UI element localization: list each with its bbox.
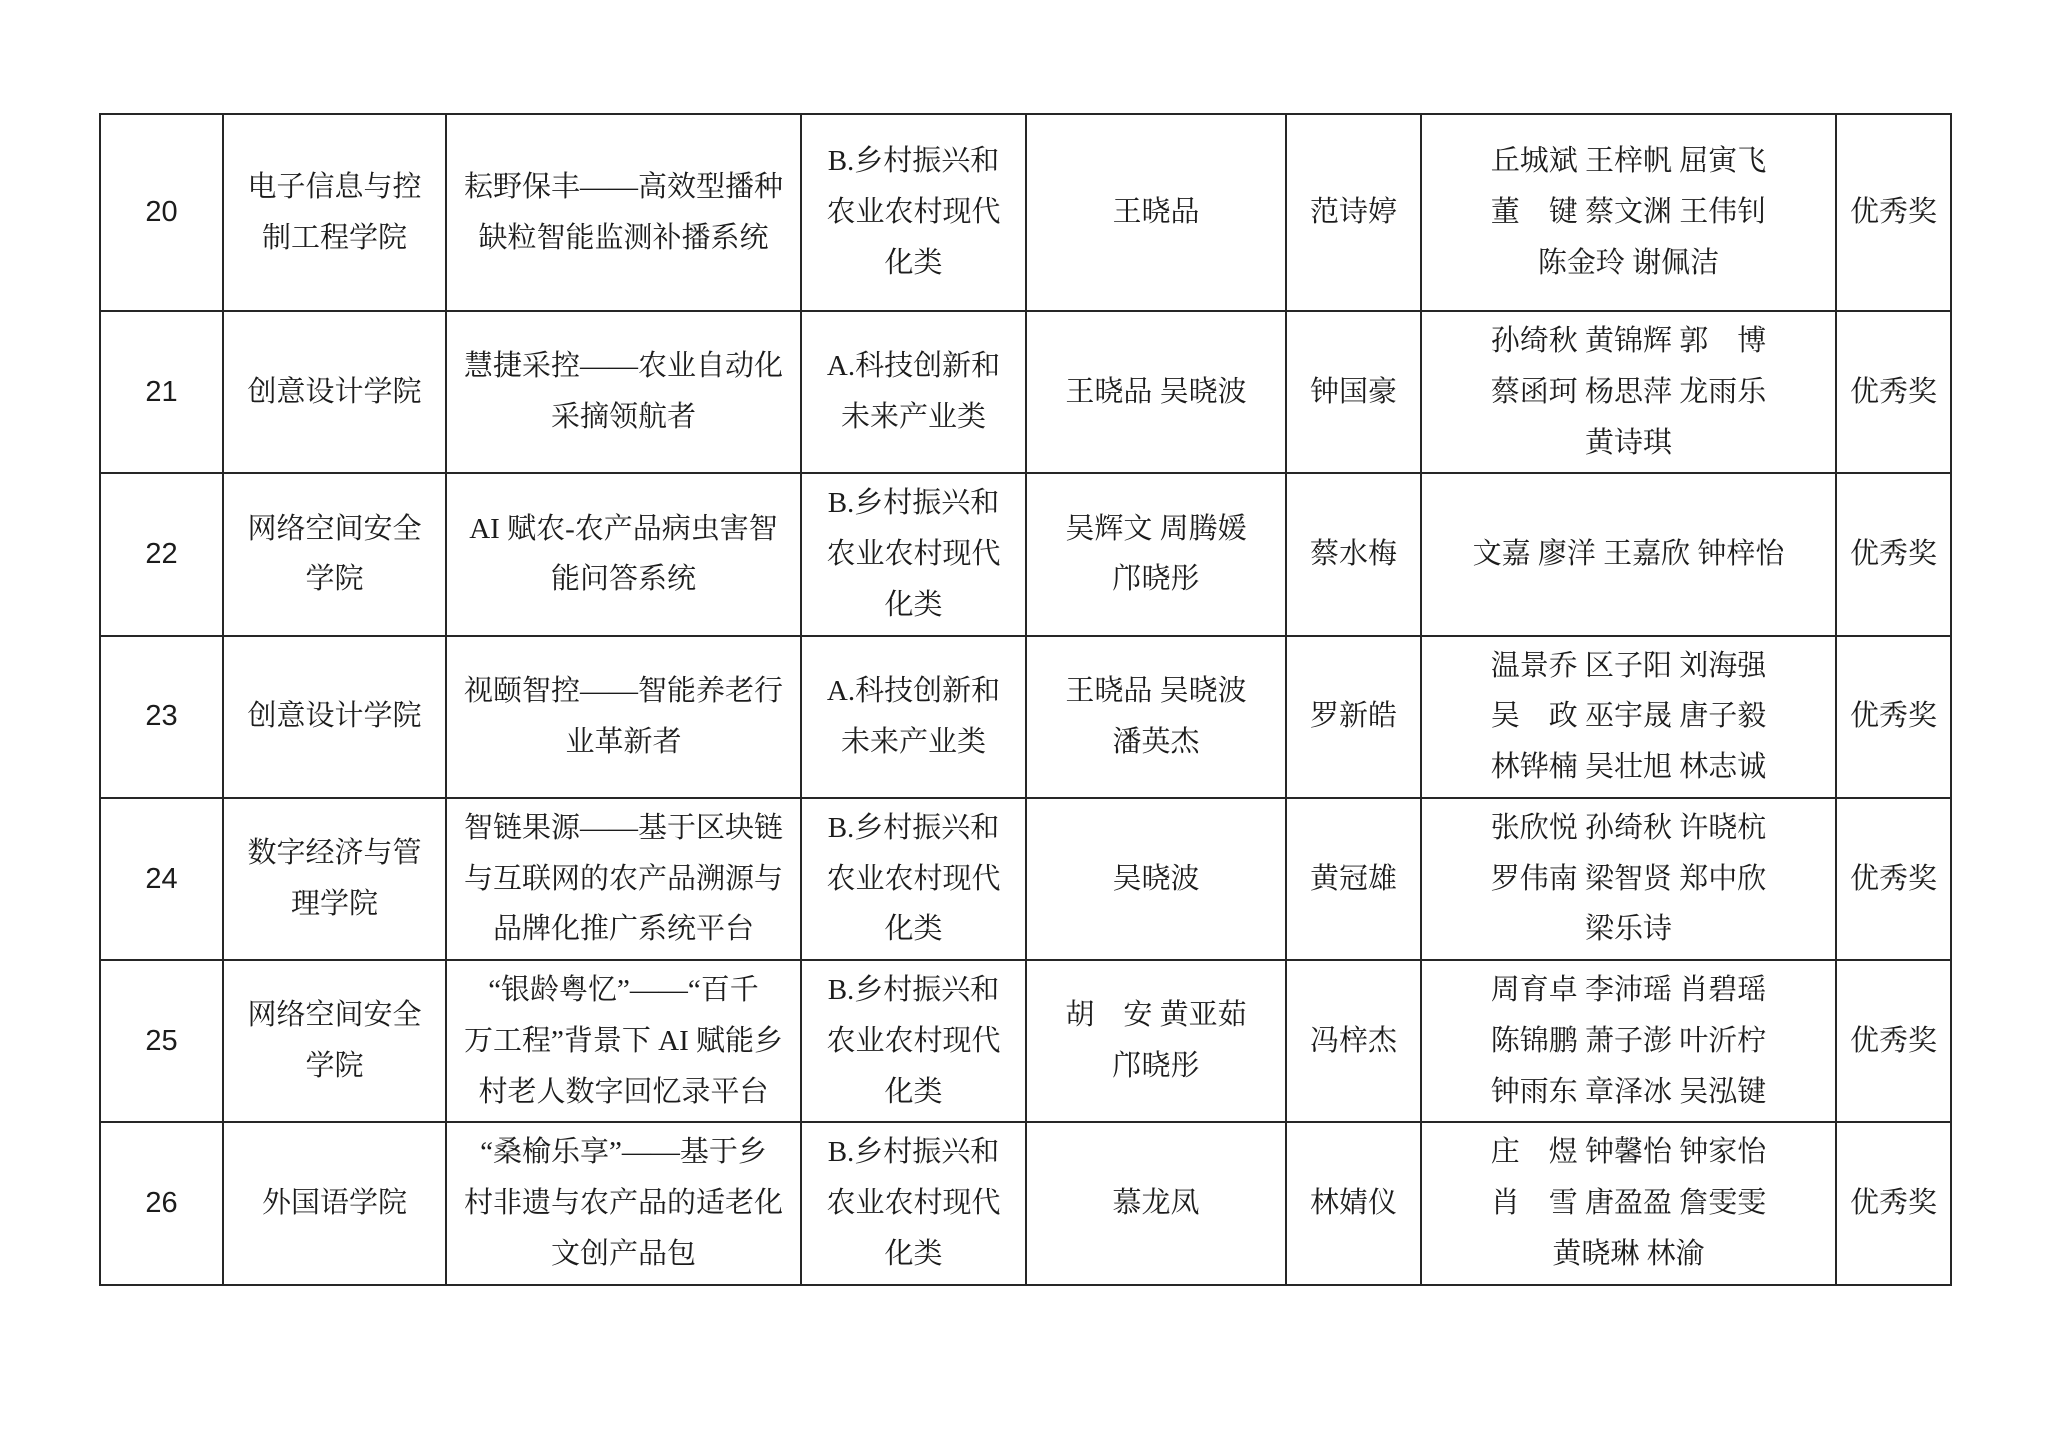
cell-no: 24 bbox=[100, 798, 223, 960]
cell-college: 网络空间安全 学院 bbox=[223, 473, 446, 635]
cell-leader: 冯梓杰 bbox=[1286, 960, 1421, 1122]
cell-members: 温景乔 区子阳 刘海强 吴 政 巫宇晟 唐子毅 林铧楠 吴壮旭 林志诚 bbox=[1421, 636, 1836, 798]
cell-category: A.科技创新和 未来产业类 bbox=[801, 311, 1026, 473]
cell-no: 26 bbox=[100, 1122, 223, 1284]
cell-leader: 蔡水梅 bbox=[1286, 473, 1421, 635]
document-page: 20 电子信息与控 制工程学院 耘野保丰——高效型播种 缺粒智能监测补播系统 B… bbox=[0, 0, 2048, 1448]
cell-college: 电子信息与控 制工程学院 bbox=[223, 114, 446, 311]
cell-award: 优秀奖 bbox=[1836, 473, 1951, 635]
cell-no: 20 bbox=[100, 114, 223, 311]
cell-category: B.乡村振兴和 农业农村现代 化类 bbox=[801, 473, 1026, 635]
cell-award: 优秀奖 bbox=[1836, 960, 1951, 1122]
table-row: 21 创意设计学院 慧捷采控——农业自动化 采摘领航者 A.科技创新和 未来产业… bbox=[100, 311, 1951, 473]
table-row: 24 数字经济与管 理学院 智链果源——基于区块链 与互联网的农产品溯源与 品牌… bbox=[100, 798, 1951, 960]
cell-members: 文嘉 廖洋 王嘉欣 钟梓怡 bbox=[1421, 473, 1836, 635]
cell-college: 数字经济与管 理学院 bbox=[223, 798, 446, 960]
cell-members: 庄 煜 钟馨怡 钟家怡 肖 雪 唐盈盈 詹雯雯 黄晓琳 林渝 bbox=[1421, 1122, 1836, 1284]
cell-advisors: 慕龙凤 bbox=[1026, 1122, 1286, 1284]
table-row: 22 网络空间安全 学院 AI 赋农-农产品病虫害智 能问答系统 B.乡村振兴和… bbox=[100, 473, 1951, 635]
cell-members: 张欣悦 孙绮秋 许晓杭 罗伟南 梁智贤 郑中欣 梁乐诗 bbox=[1421, 798, 1836, 960]
table-row: 25 网络空间安全 学院 “银龄粤忆”——“百千 万工程”背景下 AI 赋能乡 … bbox=[100, 960, 1951, 1122]
cell-category: B.乡村振兴和 农业农村现代 化类 bbox=[801, 798, 1026, 960]
cell-members: 周育卓 李沛瑶 肖碧瑶 陈锦鹏 萧子澎 叶沂柠 钟雨东 章泽冰 吴泓键 bbox=[1421, 960, 1836, 1122]
cell-leader: 林婧仪 bbox=[1286, 1122, 1421, 1284]
cell-project: 耘野保丰——高效型播种 缺粒智能监测补播系统 bbox=[446, 114, 801, 311]
award-table: 20 电子信息与控 制工程学院 耘野保丰——高效型播种 缺粒智能监测补播系统 B… bbox=[99, 113, 1952, 1286]
cell-advisors: 吴晓波 bbox=[1026, 798, 1286, 960]
cell-members: 孙绮秋 黄锦辉 郭 博 蔡函珂 杨思萍 龙雨乐 黄诗琪 bbox=[1421, 311, 1836, 473]
cell-project: 智链果源——基于区块链 与互联网的农产品溯源与 品牌化推广系统平台 bbox=[446, 798, 801, 960]
cell-college: 外国语学院 bbox=[223, 1122, 446, 1284]
cell-advisors: 胡 安 黄亚茹 邝晓彤 bbox=[1026, 960, 1286, 1122]
table-row: 23 创意设计学院 视颐智控——智能养老行 业革新者 A.科技创新和 未来产业类… bbox=[100, 636, 1951, 798]
cell-leader: 罗新皓 bbox=[1286, 636, 1421, 798]
cell-college: 创意设计学院 bbox=[223, 636, 446, 798]
cell-category: A.科技创新和 未来产业类 bbox=[801, 636, 1026, 798]
cell-award: 优秀奖 bbox=[1836, 114, 1951, 311]
cell-college: 网络空间安全 学院 bbox=[223, 960, 446, 1122]
cell-no: 21 bbox=[100, 311, 223, 473]
cell-advisors: 王晓品 吴晓波 bbox=[1026, 311, 1286, 473]
cell-no: 22 bbox=[100, 473, 223, 635]
cell-project: “桑榆乐享”——基于乡 村非遗与农产品的适老化 文创产品包 bbox=[446, 1122, 801, 1284]
cell-no: 23 bbox=[100, 636, 223, 798]
table-row: 20 电子信息与控 制工程学院 耘野保丰——高效型播种 缺粒智能监测补播系统 B… bbox=[100, 114, 1951, 311]
cell-advisors: 王晓品 bbox=[1026, 114, 1286, 311]
cell-leader: 黄冠雄 bbox=[1286, 798, 1421, 960]
cell-award: 优秀奖 bbox=[1836, 636, 1951, 798]
table-row: 26 外国语学院 “桑榆乐享”——基于乡 村非遗与农产品的适老化 文创产品包 B… bbox=[100, 1122, 1951, 1284]
cell-award: 优秀奖 bbox=[1836, 798, 1951, 960]
cell-no: 25 bbox=[100, 960, 223, 1122]
cell-award: 优秀奖 bbox=[1836, 1122, 1951, 1284]
cell-leader: 范诗婷 bbox=[1286, 114, 1421, 311]
cell-leader: 钟国豪 bbox=[1286, 311, 1421, 473]
cell-college: 创意设计学院 bbox=[223, 311, 446, 473]
cell-category: B.乡村振兴和 农业农村现代 化类 bbox=[801, 1122, 1026, 1284]
cell-advisors: 吴辉文 周腾媛 邝晓彤 bbox=[1026, 473, 1286, 635]
cell-award: 优秀奖 bbox=[1836, 311, 1951, 473]
cell-project: “银龄粤忆”——“百千 万工程”背景下 AI 赋能乡 村老人数字回忆录平台 bbox=[446, 960, 801, 1122]
cell-project: 慧捷采控——农业自动化 采摘领航者 bbox=[446, 311, 801, 473]
cell-project: AI 赋农-农产品病虫害智 能问答系统 bbox=[446, 473, 801, 635]
cell-category: B.乡村振兴和 农业农村现代 化类 bbox=[801, 114, 1026, 311]
cell-category: B.乡村振兴和 农业农村现代 化类 bbox=[801, 960, 1026, 1122]
cell-members: 丘城斌 王梓帆 屈寅飞 董 键 蔡文渊 王伟钊 陈金玲 谢佩洁 bbox=[1421, 114, 1836, 311]
cell-project: 视颐智控——智能养老行 业革新者 bbox=[446, 636, 801, 798]
cell-advisors: 王晓品 吴晓波 潘英杰 bbox=[1026, 636, 1286, 798]
